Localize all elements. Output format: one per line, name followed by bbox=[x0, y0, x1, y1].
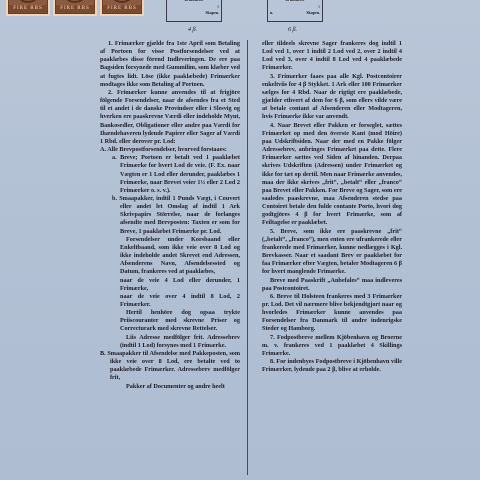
stamp: FIRE RBS bbox=[6, 0, 50, 16]
paragraph: 8. For indenbyes Fodpostbreve i Kjöbenha… bbox=[262, 358, 402, 374]
paragraph: B. Smaapakker til Afsendelse med Pakkepo… bbox=[100, 350, 240, 383]
paragraph: Forsendelser under Korsbaand eller Enkel… bbox=[100, 236, 240, 277]
paragraph: 2. Frimærker kunne anvendes til at frigj… bbox=[100, 89, 240, 146]
paragraph: Pakker af Documenter og andre heelt bbox=[100, 383, 240, 391]
paragraph: Breve med Paaskrift „Anbefales“ maa indl… bbox=[262, 277, 402, 293]
paragraph: A. Alle Brevpostforsendelser, hvorved fo… bbox=[100, 146, 240, 154]
left-column: 1. Frimærker gjælde fra 1ste April som B… bbox=[100, 40, 240, 391]
paragraph: eller tildeels skrevne Sager frankeres d… bbox=[262, 40, 402, 73]
crown-emblem-icon bbox=[62, 0, 88, 3]
stamp: FIRE RBS bbox=[100, 0, 144, 16]
specimen-label-6: 6 β. bbox=[288, 27, 297, 33]
paragraph: Liis Adresse medfölger frit. Adressebrev… bbox=[100, 334, 240, 350]
paragraph: a. Breve; Portoen er betalt ved 1 paaklæ… bbox=[100, 154, 240, 195]
paragraph: 7. Fodpostbreve mellem Kjöbenhavn og Bro… bbox=[262, 334, 402, 358]
paper-background bbox=[0, 0, 480, 480]
paragraph: naar de veie 4 Lod eller derunder, 1 Fri… bbox=[100, 277, 240, 293]
specimen-label-4: 4 β. bbox=[188, 27, 197, 33]
column-divider bbox=[247, 40, 248, 475]
paragraph: 5. Breve, som ikke ere paaskrevne „frit“… bbox=[262, 228, 402, 277]
paragraph: 3. Frimærker faaes paa alle Kgl. Postcon… bbox=[262, 73, 402, 122]
paragraph: 4. Naar Brevet eller Pakken er forseglet… bbox=[262, 122, 402, 228]
stamp-strip: FIRE RBS FIRE RBS FIRE RBS bbox=[6, 0, 144, 16]
crown-emblem-icon bbox=[15, 0, 41, 3]
paragraph: 1. Frimærker gjælde fra 1ste April som B… bbox=[100, 40, 240, 89]
specimen-box-6: at indsætte 1 n.Skapen. bbox=[267, 0, 323, 22]
right-column: eller tildeels skrevne Sager frankeres d… bbox=[262, 40, 402, 374]
paragraph: Hertil henhöre dog ogsaa trykte Priiscou… bbox=[100, 309, 240, 333]
paragraph: naar de veie over 4 indtil 8 Lod, 2 Frim… bbox=[100, 293, 240, 309]
crown-emblem-icon bbox=[109, 0, 135, 3]
paragraph: 6. Breve til Holsteen frankeres med 3 Fr… bbox=[262, 293, 402, 334]
specimen-box-4: at indsætte 1 Skapen. bbox=[166, 0, 222, 22]
stamp: FIRE RBS bbox=[53, 0, 97, 16]
paragraph: b. Smaapakker, indtil 1 Punds Vægt, i Co… bbox=[100, 195, 240, 236]
